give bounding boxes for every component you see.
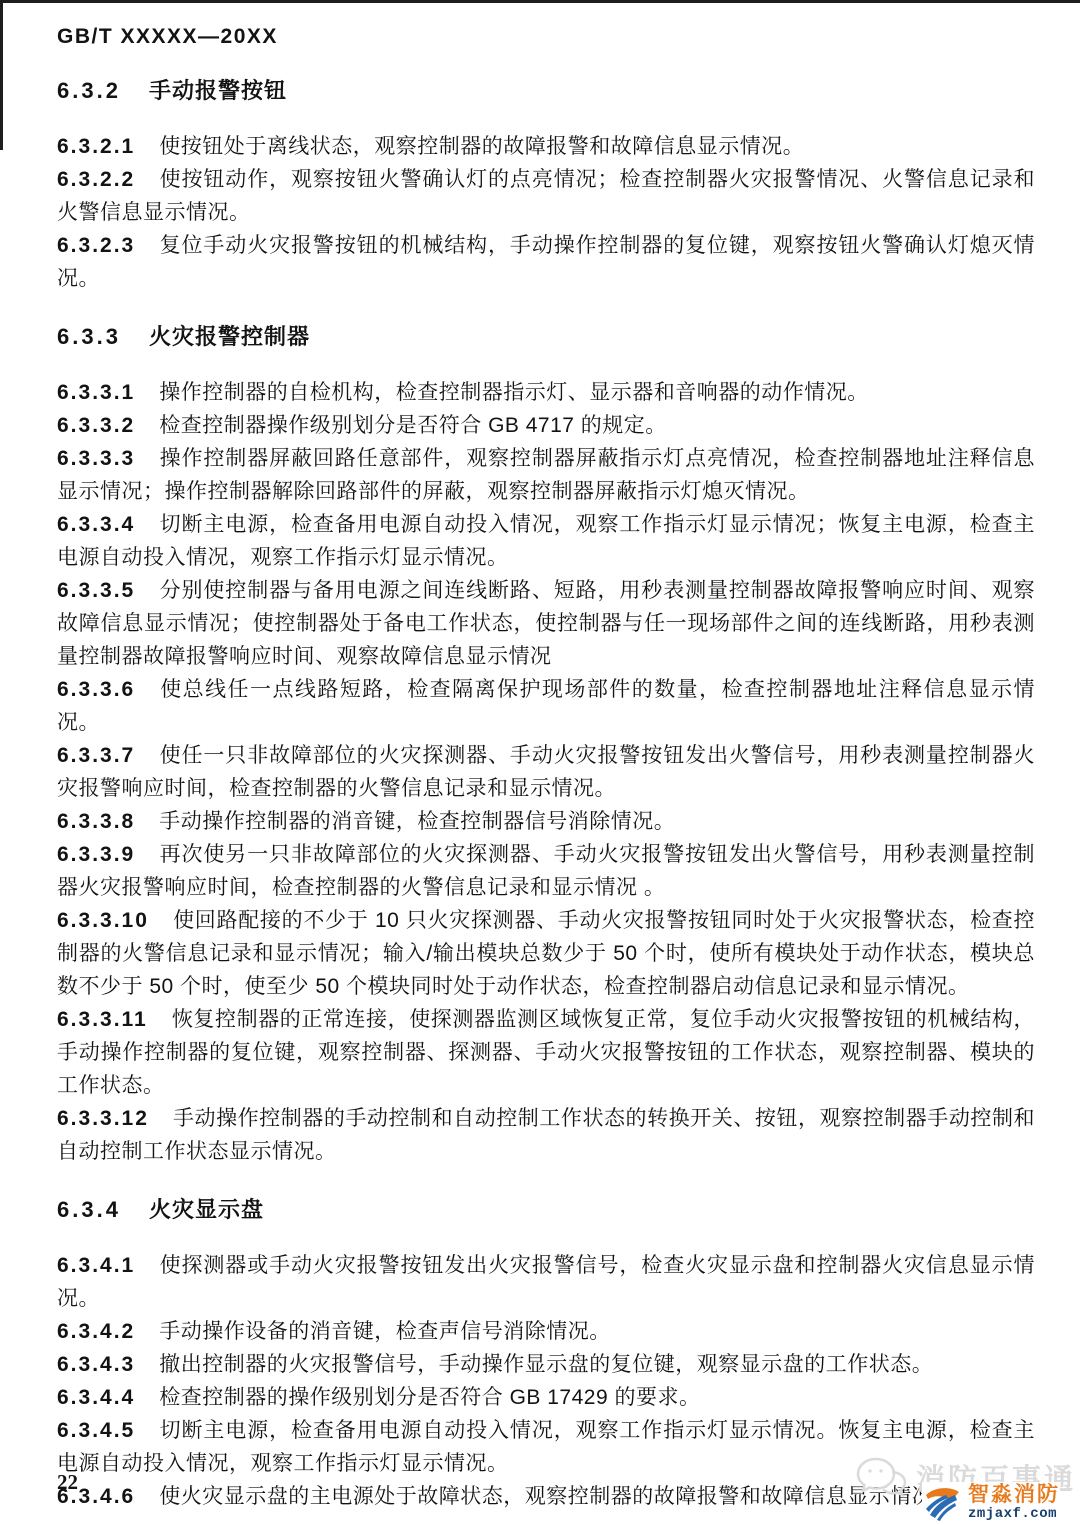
- clause-number: 6.3.3.5: [57, 579, 135, 602]
- clause-6-3-3-10: 6.3.3.10使回路配接的不少于 10 只火灾探测器、手动火灾报警按钮同时处于…: [57, 904, 1035, 1003]
- clause-number: 6.3.3.7: [57, 744, 135, 767]
- clause-6-3-4-1: 6.3.4.1使探测器或手动火灾报警按钮发出火灾报警信号，检查火灾显示盘和控制器…: [57, 1249, 1035, 1315]
- clause-text: 操作控制器的自检机构，检查控制器指示灯、显示器和音响器的动作情况。: [159, 381, 869, 404]
- clause-6-3-3-12: 6.3.3.12手动操作控制器的手动控制和自动控制工作状态的转换开关、按钮，观察…: [57, 1102, 1035, 1168]
- zhimiao-logo-icon: [922, 1482, 962, 1522]
- clause-6-3-4-4: 6.3.4.4检查控制器的操作级别划分是否符合 GB 17429 的要求。: [57, 1381, 1035, 1414]
- section-number: 6.3.3: [57, 324, 121, 349]
- clause-6-3-3-1: 6.3.3.1操作控制器的自检机构，检查控制器指示灯、显示器和音响器的动作情况。: [57, 376, 1035, 409]
- document-content: GB/T XXXXX—20XX 6.3.2手动报警按钮 6.3.2.1使按钮处于…: [0, 0, 1080, 1513]
- clause-6-3-3-4: 6.3.3.4切断主电源，检查备用电源自动投入情况，观察工作指示灯显示情况；恢复…: [57, 508, 1035, 574]
- clause-6-3-3-8: 6.3.3.8手动操作控制器的消音键，检查控制器信号消除情况。: [57, 805, 1035, 838]
- section-heading-6-3-3: 6.3.3火灾报警控制器: [57, 320, 1035, 351]
- scan-edge-top: [0, 0, 1080, 3]
- clause-number: 6.3.4.4: [57, 1386, 135, 1409]
- clause-text: 复位手动火灾报警按钮的机械结构，手动操作控制器的复位键，观察按钮火警确认灯熄灭情…: [57, 234, 1035, 290]
- section-title: 火灾显示盘: [149, 1197, 264, 1222]
- clause-text: 使火灾显示盘的主电源处于故障状态，观察控制器的故障报警和故障信息显示情况。: [159, 1485, 955, 1508]
- clause-number: 6.3.3.10: [57, 909, 149, 932]
- clause-text: 使回路配接的不少于 10 只火灾探测器、手动火灾报警按钮同时处于火灾报警状态，检…: [57, 909, 1035, 998]
- clause-text: 恢复控制器的正常连接，使探测器监测区域恢复正常，复位手动火灾报警按钮的机械结构，…: [57, 1008, 1035, 1097]
- clause-6-3-3-6: 6.3.3.6使总线任一点线路短路，检查隔离保护现场部件的数量，检查控制器地址注…: [57, 673, 1035, 739]
- clause-text: 检查控制器操作级别划分是否符合 GB 4717 的规定。: [159, 414, 667, 437]
- clause-6-3-3-5: 6.3.3.5分别使控制器与备用电源之间连线断路、短路，用秒表测量控制器故障报警…: [57, 574, 1035, 673]
- clause-6-3-3-9: 6.3.3.9再次使另一只非故障部位的火灾探测器、手动火灾报警按钮发出火警信号，…: [57, 838, 1035, 904]
- clause-text: 手动操作控制器的手动控制和自动控制工作状态的转换开关、按钮，观察控制器手动控制和…: [57, 1107, 1035, 1163]
- section-heading-6-3-2: 6.3.2手动报警按钮: [57, 74, 1035, 105]
- standard-code-header: GB/T XXXXX—20XX: [57, 25, 1035, 49]
- brand-logo: 智淼消防 zmjaxf.com: [922, 1482, 1060, 1522]
- clause-6-3-3-2: 6.3.3.2检查控制器操作级别划分是否符合 GB 4717 的规定。: [57, 409, 1035, 442]
- clause-text: 手动操作设备的消音键，检查声信号消除情况。: [159, 1320, 611, 1343]
- section-number: 6.3.4: [57, 1197, 121, 1222]
- clause-text: 使按钮处于离线状态，观察控制器的故障报警和故障信息显示情况。: [159, 135, 804, 158]
- section-number: 6.3.2: [57, 78, 121, 103]
- clause-6-3-3-7: 6.3.3.7使任一只非故障部位的火灾探测器、手动火灾报警按钮发出火警信号，用秒…: [57, 739, 1035, 805]
- clause-6-3-2-2: 6.3.2.2使按钮动作，观察按钮火警确认灯的点亮情况；检查控制器火灾报警情况、…: [57, 163, 1035, 229]
- clause-text: 使按钮动作，观察按钮火警确认灯的点亮情况；检查控制器火灾报警情况、火警信息记录和…: [57, 168, 1035, 224]
- clause-6-3-4-2: 6.3.4.2手动操作设备的消音键，检查声信号消除情况。: [57, 1315, 1035, 1348]
- clause-number: 6.3.3.2: [57, 414, 135, 437]
- clause-text: 使探测器或手动火灾报警按钮发出火灾报警信号，检查火灾显示盘和控制器火灾信息显示情…: [57, 1254, 1035, 1310]
- clause-number: 6.3.2.3: [57, 234, 135, 257]
- clause-number: 6.3.4.2: [57, 1320, 135, 1343]
- clause-text: 分别使控制器与备用电源之间连线断路、短路，用秒表测量控制器故障报警响应时间、观察…: [57, 579, 1035, 668]
- clause-text: 使任一只非故障部位的火灾探测器、手动火灾报警按钮发出火警信号，用秒表测量控制器火…: [57, 744, 1035, 800]
- clause-number: 6.3.3.1: [57, 381, 135, 404]
- clause-6-3-3-3: 6.3.3.3操作控制器屏蔽回路任意部件，观察控制器屏蔽指示灯点亮情况，检查控制…: [57, 442, 1035, 508]
- clause-number: 6.3.2.2: [57, 168, 135, 191]
- clause-6-3-3-11: 6.3.3.11恢复控制器的正常连接，使探测器监测区域恢复正常，复位手动火灾报警…: [57, 1003, 1035, 1102]
- clause-number: 6.3.3.3: [57, 447, 135, 470]
- page-number: 22: [57, 1470, 78, 1495]
- section-heading-6-3-4: 6.3.4火灾显示盘: [57, 1193, 1035, 1224]
- clause-number: 6.3.4.5: [57, 1419, 135, 1442]
- clause-text: 再次使另一只非故障部位的火灾探测器、手动火灾报警按钮发出火警信号，用秒表测量控制…: [57, 843, 1035, 899]
- scan-edge-left: [0, 0, 3, 150]
- clause-6-3-2-1: 6.3.2.1使按钮处于离线状态，观察控制器的故障报警和故障信息显示情况。: [57, 130, 1035, 163]
- clause-6-3-4-3: 6.3.4.3撤出控制器的火灾报警信号，手动操作显示盘的复位键，观察显示盘的工作…: [57, 1348, 1035, 1381]
- clause-text: 撤出控制器的火灾报警信号，手动操作显示盘的复位键，观察显示盘的工作状态。: [159, 1353, 933, 1376]
- brand-name: 智淼消防: [968, 1483, 1060, 1506]
- clause-number: 6.3.4.3: [57, 1353, 135, 1376]
- clause-number: 6.3.3.11: [57, 1008, 148, 1031]
- clause-6-3-2-3: 6.3.2.3复位手动火灾报警按钮的机械结构，手动操作控制器的复位键，观察按钮火…: [57, 229, 1035, 295]
- clause-number: 6.3.3.6: [57, 678, 135, 701]
- section-title: 火灾报警控制器: [149, 324, 310, 349]
- chat-bubbles-icon: [856, 1456, 908, 1498]
- brand-text-block: 智淼消防 zmjaxf.com: [968, 1483, 1060, 1522]
- clause-number: 6.3.3.4: [57, 513, 135, 536]
- clause-text: 检查控制器的操作级别划分是否符合 GB 17429 的要求。: [159, 1386, 700, 1409]
- clause-number: 6.3.3.12: [57, 1107, 149, 1130]
- clause-text: 使总线任一点线路短路，检查隔离保护现场部件的数量，检查控制器地址注释信息显示情况…: [57, 678, 1035, 734]
- brand-url: zmjaxf.com: [968, 1506, 1060, 1522]
- clause-text: 操作控制器屏蔽回路任意部件，观察控制器屏蔽指示灯点亮情况，检查控制器地址注释信息…: [57, 447, 1035, 503]
- section-title: 手动报警按钮: [149, 78, 287, 103]
- clause-number: 6.3.3.8: [57, 810, 135, 833]
- clause-number: 6.3.4.1: [57, 1254, 135, 1277]
- clause-number: 6.3.3.9: [57, 843, 135, 866]
- clause-text: 手动操作控制器的消音键，检查控制器信号消除情况。: [159, 810, 675, 833]
- clause-number: 6.3.2.1: [57, 135, 135, 158]
- clause-text: 切断主电源，检查备用电源自动投入情况，观察工作指示灯显示情况；恢复主电源，检查主…: [57, 513, 1035, 569]
- document-page: GB/T XXXXX—20XX 6.3.2手动报警按钮 6.3.2.1使按钮处于…: [0, 0, 1080, 1525]
